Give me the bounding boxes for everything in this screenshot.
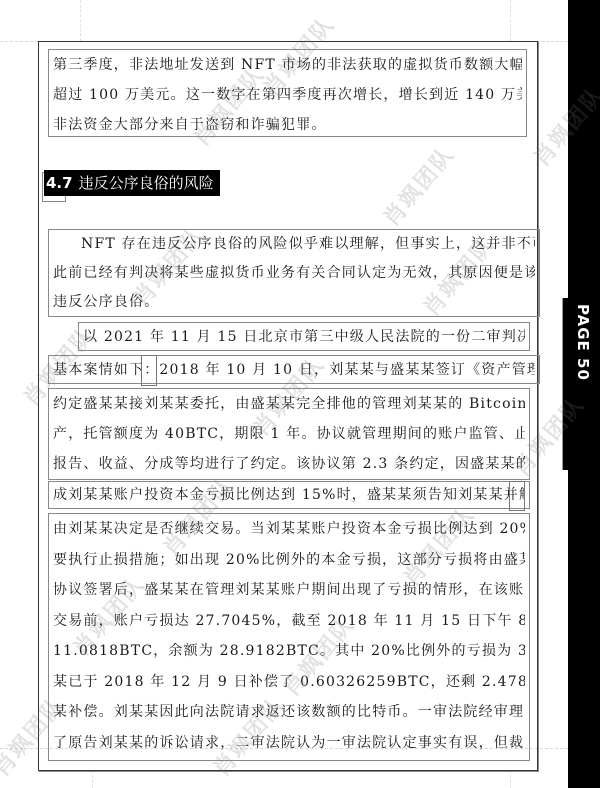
ocr-box bbox=[509, 481, 525, 511]
page-guide-left bbox=[80, 0, 81, 41]
paragraph-line: 某已于 2018 年 12 月 9 日补偿了 0.60326259BTC，还剩 … bbox=[53, 667, 525, 698]
paragraph-3-lines-3-5: 约定盛某某接刘某某委托，由盛某某完全排他的管理刘某某的 Bitcoin 比特币资… bbox=[48, 388, 530, 480]
paragraph-line: 成刘某某账户投资本金亏损比例达到 15%时，盛某某须告知刘某某并解释原因， bbox=[53, 482, 525, 515]
paragraph-line: 由刘某某决定是否继续交易。当刘某某账户投资本金亏损比例达到 20%时，需 bbox=[53, 514, 525, 545]
section-number: 4.7 bbox=[46, 174, 73, 192]
paragraph-line: NFT 存在违反公序良俗的风险似乎难以理解，但事实上，这并非不可能。 bbox=[53, 230, 535, 259]
paragraph-line: 基本案情如下：2018 年 10 月 10 日，刘某某与盛某某签订《资产管理顾问… bbox=[53, 356, 535, 389]
paragraph-1: 第三季度，非法地址发送到 NFT 市场的非法获取的虚拟货币数额大幅跃升， 超过 … bbox=[48, 49, 527, 137]
paragraph-3-line-1: 以 2021 年 11 月 15 日北京市第三中级人民法院的一份二审判决为例，该… bbox=[78, 322, 530, 351]
page-guide-top-right bbox=[537, 41, 568, 42]
paragraph-3-line-6: 成刘某某账户投资本金亏损比例达到 15%时，盛某某须告知刘某某并解释原因， bbox=[48, 481, 530, 509]
section-heading: 4.7违反公序良俗的风险 bbox=[44, 170, 220, 196]
paragraph-line: 要执行止损措施；如出现 20%比例外的本金亏损，这部分亏损将由盛某某承担。 bbox=[53, 545, 525, 576]
paragraph-line: 此前已经有判决将某些虚拟货币业务有关合同认定为无效，其原因便是该合同 bbox=[53, 259, 535, 288]
paragraph-line: 非法资金大部分来自于盗窃和诈骗犯罪。 bbox=[53, 110, 522, 138]
paragraph-line: 超过 100 万美元。这一数字在第四季度再次增长，增长到近 140 万美元，这些 bbox=[53, 80, 522, 110]
paragraph-line: 协议签署后，盛某某在管理刘某某账户期间出现了亏损的情形，在该账户停止 bbox=[53, 575, 525, 606]
page-guide-top bbox=[0, 41, 38, 42]
page-guide-left-bottom bbox=[92, 770, 93, 788]
paragraph-line: 交易前，账户亏损达 27.7045%，截至 2018 年 11 月 15 日下午… bbox=[53, 606, 525, 637]
paragraph-line: 了原告刘某某的诉讼请求，二审法院认为一审法院认定事实有误，但裁判结果 bbox=[53, 728, 525, 759]
paragraph-line: 11.0818BTC，余额为 28.9182BTC。其中 20%比例外的亏损为 … bbox=[53, 636, 525, 667]
paragraph-line: 约定盛某某接刘某某委托，由盛某某完全排他的管理刘某某的 Bitcoin 比特币资 bbox=[53, 389, 525, 419]
page-number-label: PAGE 50 bbox=[566, 300, 600, 414]
paragraph-3-lines-7-14: 由刘某某决定是否继续交易。当刘某某账户投资本金亏损比例达到 20%时，需 要执行… bbox=[48, 513, 530, 761]
paragraph-line: 某补偿。刘某某因此向法院请求返还该数额的比特币。一审法院经审理后驳回 bbox=[53, 697, 525, 728]
ocr-box bbox=[141, 355, 157, 386]
page-guide-right-bottom bbox=[510, 770, 511, 788]
paragraph-line: 违反公序良俗。 bbox=[53, 288, 535, 317]
paragraph-line: 产，托管额度为 40BTC，期限 1 年。协议就管理期间的账户监管、止损、资产 bbox=[53, 419, 525, 449]
paragraph-line: 第三季度，非法地址发送到 NFT 市场的非法获取的虚拟货币数额大幅跃升， bbox=[53, 50, 522, 80]
paragraph-2: NFT 存在违反公序良俗的风险似乎难以理解，但事实上，这并非不可能。 此前已经有… bbox=[48, 229, 540, 317]
section-title: 违反公序良俗的风险 bbox=[79, 174, 214, 192]
paragraph-line: 报告、收益、分成等均进行了约定。该协议第 2.3 条约定，因盛某某的原因造 bbox=[53, 449, 525, 479]
paragraph-3-line-2: 基本案情如下：2018 年 10 月 10 日，刘某某与盛某某签订《资产管理顾问… bbox=[48, 355, 540, 384]
paragraph-line: 以 2021 年 11 月 15 日北京市第三中级人民法院的一份二审判决为例，该… bbox=[83, 323, 525, 356]
page-guide-right bbox=[510, 0, 511, 41]
